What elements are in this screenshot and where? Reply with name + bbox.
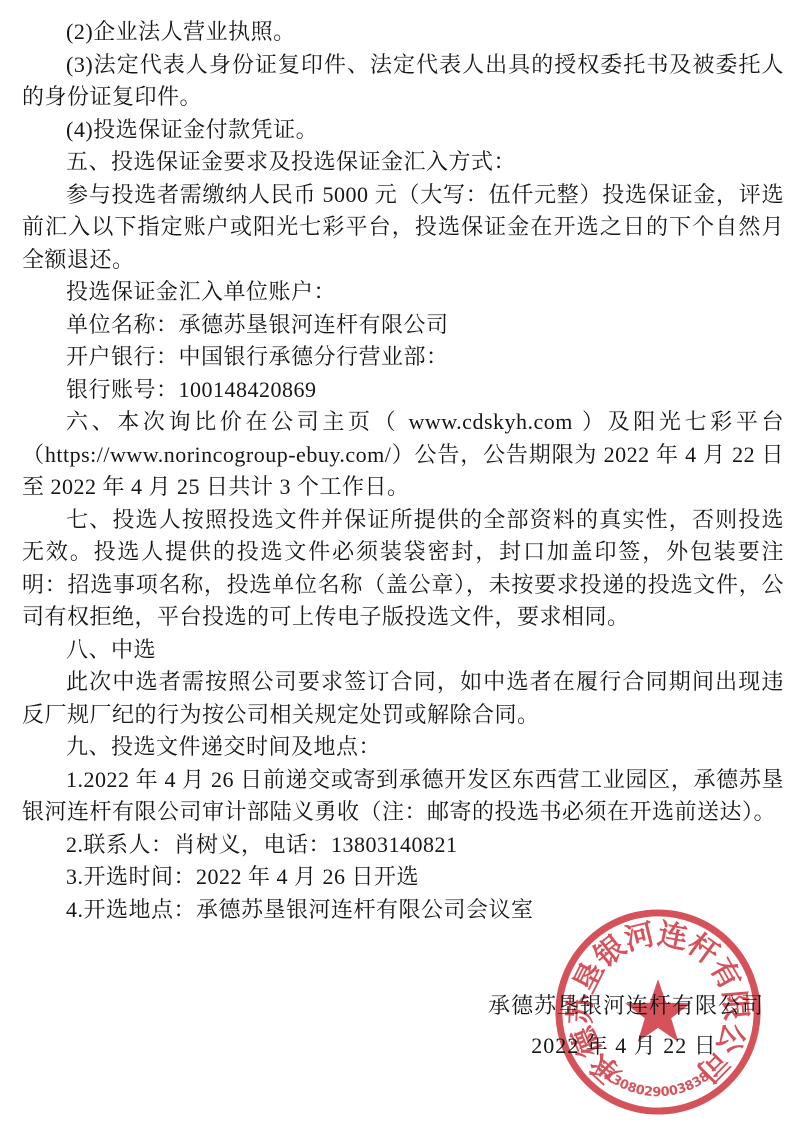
list-item: 4.开选地点：承德苏垦银河连杆有限公司会议室 <box>22 894 784 927</box>
list-item: 3.开选时间：2022 年 4 月 26 日开选 <box>22 861 784 894</box>
doc-paragraph: 参与投选者需缴纳人民币 5000 元（大写：伍仟元整）投选保证金，评选前汇入以下… <box>22 179 784 277</box>
doc-paragraph: 单位名称：承德苏垦银河连杆有限公司 <box>22 309 784 342</box>
section-heading: 五、投选保证金要求及投选保证金汇入方式： <box>22 146 784 179</box>
doc-paragraph: 此次中选者需按照公司要求签订合同，如中选者在履行合同期间出现违反厂规厂纪的行为按… <box>22 666 784 731</box>
doc-paragraph: 开户银行：中国银行承德分行营业部： <box>22 341 784 374</box>
section-heading: 六、本次询比价在公司主页（ www.cdskyh.com ）及阳光七彩平台（ht… <box>22 406 784 504</box>
signature-block: 承德苏垦银河连杆有限公司 2022 年 4 月 22 日 <box>488 986 760 1066</box>
section-heading: 八、中选 <box>22 634 784 667</box>
list-item: 1.2022 年 4 月 26 日前递交或寄到承德开发区东西营工业园区，承德苏垦… <box>22 764 784 829</box>
doc-paragraph: 投选保证金汇入单位账户： <box>22 276 784 309</box>
list-item: 2.联系人：肖树义，电话：13803140821 <box>22 829 784 862</box>
doc-paragraph: 银行账号：100148420869 <box>22 374 784 407</box>
document-text-block: (2)企业法人营业执照。 (3)法定代表人身份证复印件、法定代表人出具的授权委托… <box>22 16 784 926</box>
signature-date: 2022 年 4 月 22 日 <box>488 1026 760 1066</box>
document-page: (2)企业法人营业执照。 (3)法定代表人身份证复印件、法定代表人出具的授权委托… <box>0 0 800 1140</box>
section-heading: 九、投选文件递交时间及地点： <box>22 731 784 764</box>
signature-company-name: 承德苏垦银河连杆有限公司 <box>488 986 760 1026</box>
section-heading: 七、投选人按照投选文件并保证所提供的全部资料的真实性，否则投选无效。投选人提供的… <box>22 504 784 634</box>
list-item: (4)投选保证金付款凭证。 <box>22 114 784 147</box>
list-item: (2)企业法人营业执照。 <box>22 16 784 49</box>
list-item: (3)法定代表人身份证复印件、法定代表人出具的授权委托书及被委托人的身份证复印件… <box>22 49 784 114</box>
seal-registration-number: 1308029003838 <box>601 1068 714 1101</box>
